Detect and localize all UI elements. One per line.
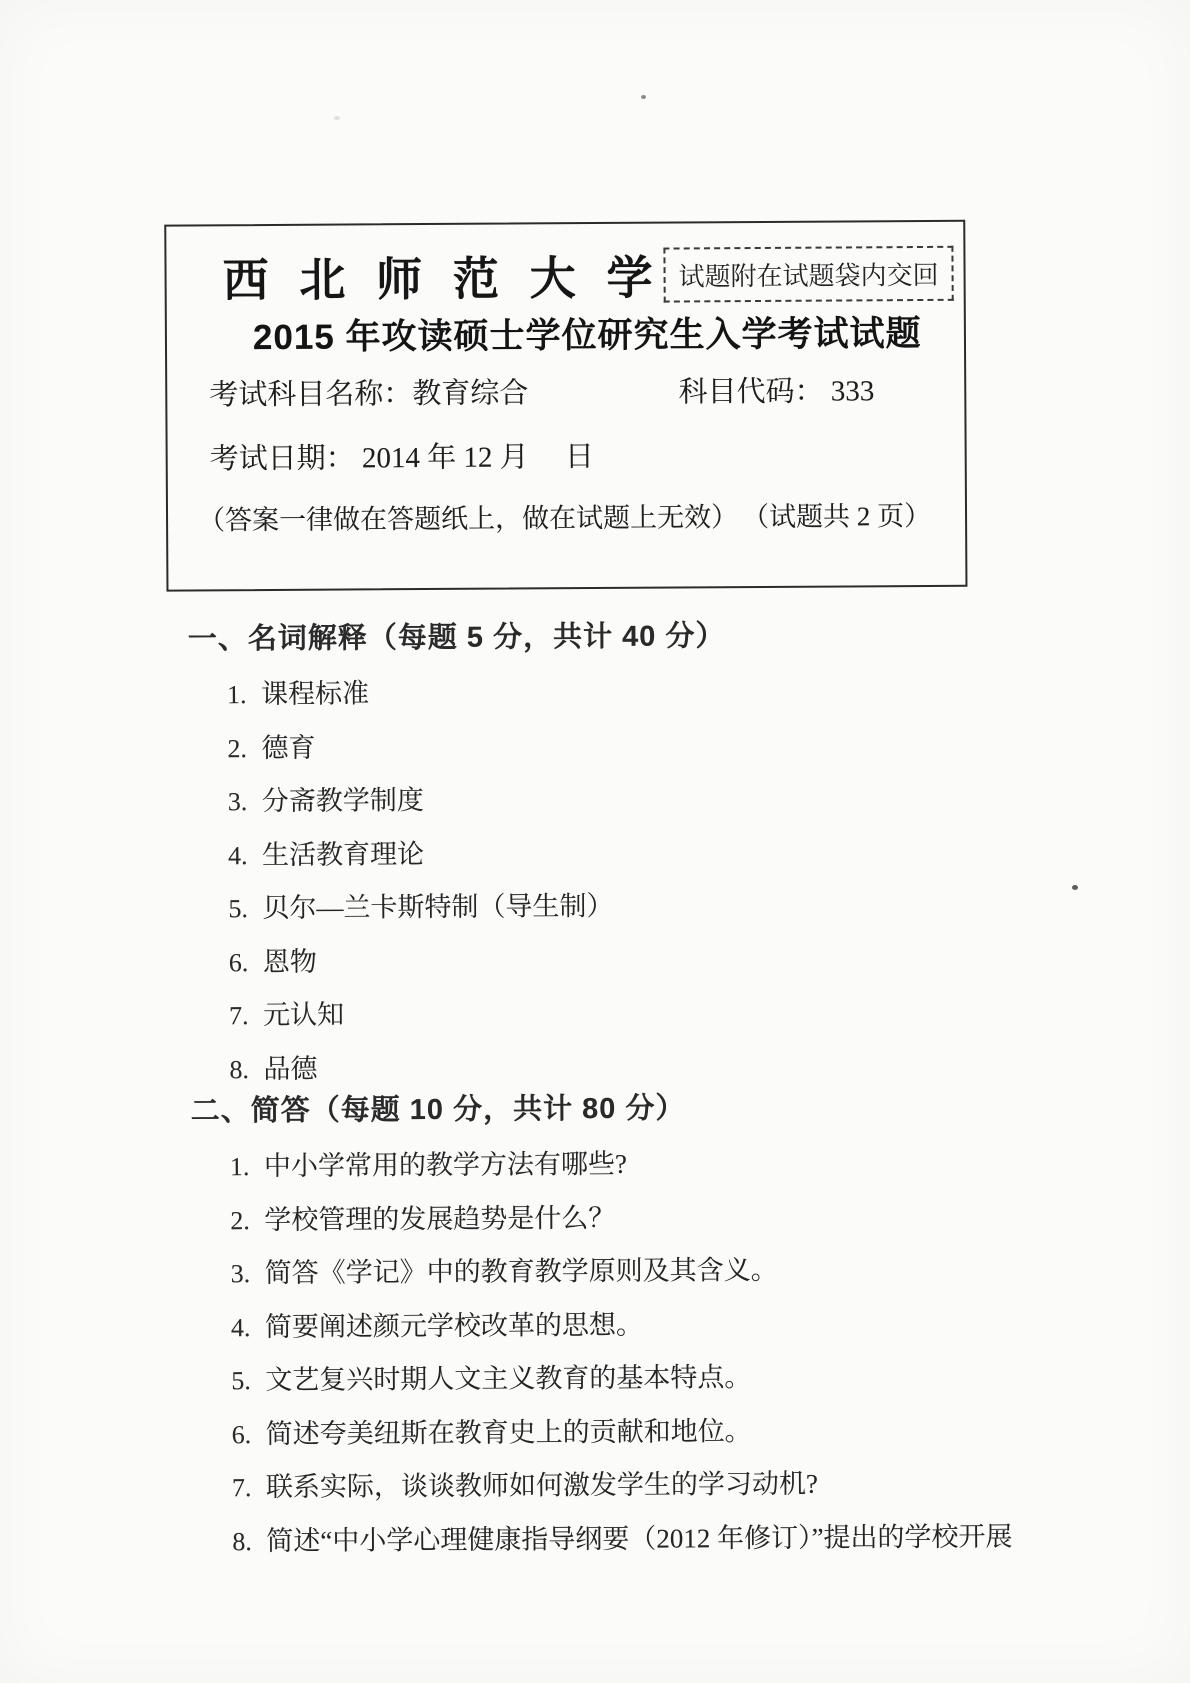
- note-row: （答案一律做在答题纸上，做在试题上无效） （试题共 2 页）: [198, 494, 931, 537]
- question-number: 1.: [227, 669, 261, 722]
- return-note-text: 试题附在试题袋内交回: [678, 261, 938, 292]
- subject-row: 考试科目名称： 教育综合 科目代码： 333: [209, 368, 874, 413]
- exam-header-box: 西 北 师 范 大 学 试题附在试题袋内交回 2015 年攻读硕士学位研究生入学…: [164, 220, 967, 592]
- question-number: 8.: [229, 1044, 263, 1097]
- code-value: 333: [831, 375, 875, 407]
- question-text: 元认知: [263, 1000, 344, 1030]
- question-text: 课程标准: [261, 678, 369, 709]
- question-number: 7.: [229, 990, 263, 1043]
- question-number: 2.: [230, 1195, 264, 1248]
- question-item: 5.文艺复兴时期人文主义教育的基本特点。: [192, 1349, 1072, 1408]
- question-item: 7.元认知: [190, 984, 1070, 1043]
- question-item: 6.简述夸美纽斯在教育史上的贡献和地位。: [192, 1403, 1072, 1462]
- question-item: 8.简述“中小学心理健康指导纲要（2012 年修订）”提出的学校开展: [193, 1510, 1073, 1569]
- question-text: 品德: [263, 1053, 317, 1083]
- section-noun-explanation: 一、名词解释（每题 5 分，共计 40 分） 1.课程标准 2.德育 3.分斋教…: [188, 615, 1071, 1096]
- question-number: 1.: [230, 1141, 264, 1194]
- question-text: 贝尔—兰卡斯特制（导生制）: [262, 891, 613, 923]
- question-number: 2.: [227, 723, 261, 776]
- question-item: 6.恩物: [190, 931, 1070, 990]
- question-item: 2.学校管理的发展趋势是什么？: [191, 1189, 1071, 1248]
- section-heading: 二、简答（每题 10 分，共计 80 分）: [191, 1087, 1071, 1130]
- scan-artifact-dot: [641, 95, 646, 99]
- code-label: 科目代码：: [678, 376, 823, 409]
- question-item: 5.贝尔—兰卡斯特制（导生制）: [189, 877, 1069, 936]
- question-text: 简述夸美纽斯在教育史上的贡献和地位。: [266, 1416, 752, 1449]
- date-value: 2014 年 12 月 日: [362, 441, 594, 474]
- scan-artifact-dot: [334, 116, 340, 120]
- question-text: 学校管理的发展趋势是什么？: [264, 1202, 615, 1234]
- question-item: 4.生活教育理论: [189, 824, 1069, 883]
- date-row: 考试日期： 2014 年 12 月 日: [210, 434, 595, 477]
- question-list: 1.中小学常用的教学方法有哪些? 2.学校管理的发展趋势是什么？ 3.简答《学记…: [191, 1135, 1074, 1568]
- paper-sheet: 西 北 师 范 大 学 试题附在试题袋内交回 2015 年攻读硕士学位研究生入学…: [0, 0, 1190, 1683]
- question-text: 简答《学记》中的教育教学原则及其含义。: [265, 1255, 778, 1288]
- date-label: 考试日期：: [210, 442, 355, 475]
- return-note-box: 试题附在试题袋内交回: [663, 246, 953, 303]
- question-list: 1.课程标准 2.德育 3.分斋教学制度 4.生活教育理论 5.贝尔—兰卡斯特制…: [188, 663, 1071, 1096]
- exam-title: 2015 年攻读硕士学位研究生入学考试试题: [253, 306, 922, 360]
- question-number: 6.: [229, 937, 263, 990]
- question-text: 文艺复兴时期人文主义教育的基本特点。: [265, 1362, 751, 1395]
- question-text: 恩物: [263, 946, 317, 976]
- subject-label: 考试科目名称：: [209, 371, 412, 413]
- question-number: 7.: [232, 1462, 266, 1515]
- scan-background: 西 北 师 范 大 学 试题附在试题袋内交回 2015 年攻读硕士学位研究生入学…: [0, 0, 1190, 1683]
- university-name: 西 北 师 范 大 学: [222, 242, 661, 311]
- section-short-answer: 二、简答（每题 10 分，共计 80 分） 1.中小学常用的教学方法有哪些? 2…: [191, 1087, 1074, 1568]
- question-item: 2.德育: [188, 717, 1068, 776]
- question-number: 4.: [231, 1302, 265, 1355]
- section-heading: 一、名词解释（每题 5 分，共计 40 分）: [188, 615, 1068, 658]
- code-group: 科目代码： 333: [678, 368, 874, 410]
- question-item: 3.分斋教学制度: [189, 770, 1069, 829]
- question-number: 5.: [228, 883, 262, 936]
- question-number: 4.: [228, 830, 262, 883]
- answer-note: （答案一律做在答题纸上，做在试题上无效）: [198, 495, 738, 537]
- question-item: 3.简答《学记》中的教育教学原则及其含义。: [192, 1242, 1072, 1301]
- question-text: 分斋教学制度: [262, 785, 424, 816]
- subject-value: 教育综合: [412, 370, 528, 412]
- question-number: 6.: [231, 1409, 265, 1462]
- question-text: 联系实际，谈谈教师如何激发学生的学习动机?: [266, 1469, 818, 1502]
- question-number: 3.: [231, 1248, 265, 1301]
- scan-artifact-dot: [1072, 885, 1078, 890]
- question-number: 8.: [232, 1516, 266, 1569]
- question-number: 5.: [231, 1355, 265, 1408]
- question-number: 3.: [228, 776, 262, 829]
- question-item: 1.中小学常用的教学方法有哪些?: [191, 1135, 1071, 1194]
- pages-note: （试题共 2 页）: [742, 494, 931, 534]
- scanned-exam-page: { "header": { "university": "西 北 师 范 大 学…: [0, 0, 1190, 1683]
- question-item: 4.简要阐述颜元学校改革的思想。: [192, 1296, 1072, 1355]
- question-text: 简述“中小学心理健康指导纲要（2012 年修订）”提出的学校开展: [266, 1521, 1012, 1556]
- question-item: 7.联系实际，谈谈教师如何激发学生的学习动机?: [193, 1456, 1073, 1515]
- question-text: 中小学常用的教学方法有哪些?: [264, 1149, 627, 1181]
- question-text: 生活教育理论: [262, 839, 424, 870]
- question-item: 1.课程标准: [188, 663, 1068, 722]
- question-text: 德育: [261, 732, 315, 762]
- question-text: 简要阐述颜元学校改革的思想。: [265, 1309, 643, 1341]
